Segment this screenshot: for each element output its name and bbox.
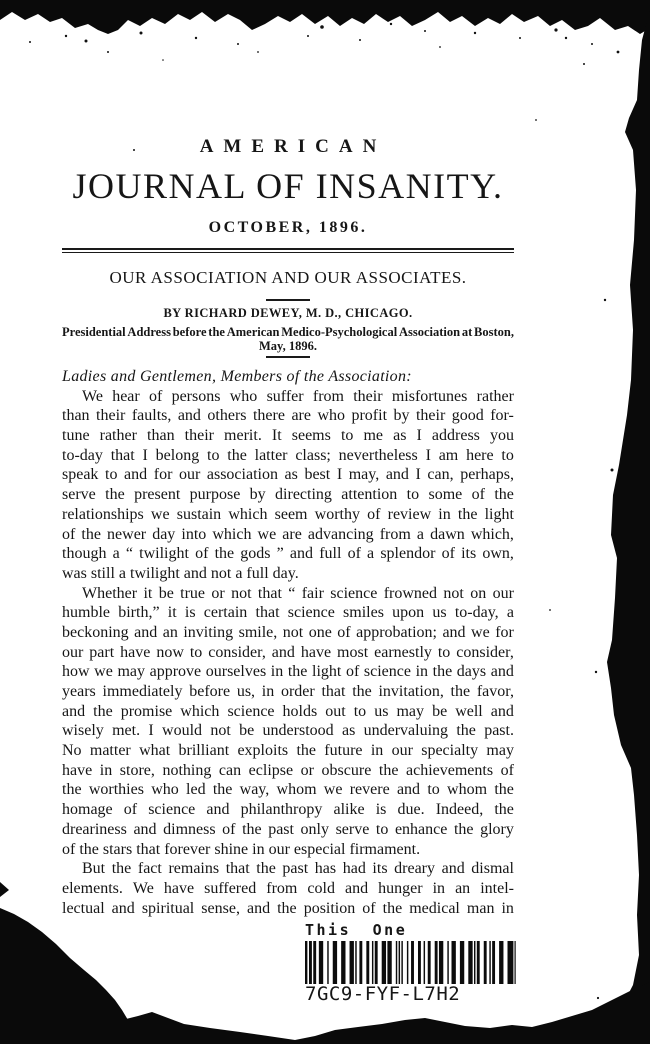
word: is <box>376 800 387 820</box>
word: seem <box>275 505 308 525</box>
word: best <box>304 465 330 485</box>
word: had <box>343 859 366 879</box>
word: future <box>324 741 362 761</box>
word: merit. <box>224 426 262 446</box>
word: consider, <box>456 643 514 663</box>
word: can, <box>427 465 453 485</box>
word: sustain <box>177 505 221 525</box>
body-line: humblebirth,”itiscertainthatsciencesmile… <box>62 603 514 623</box>
word: lectual <box>62 899 105 919</box>
word: and <box>133 820 156 840</box>
word: we <box>471 623 490 643</box>
word: nevertheless <box>339 446 418 466</box>
word: of <box>337 623 350 643</box>
word: may <box>396 702 424 722</box>
word: of <box>442 544 455 564</box>
word: rather <box>477 387 514 407</box>
word: in <box>271 662 283 682</box>
word: beckoning <box>62 623 129 643</box>
scan-tear-right <box>603 10 650 1040</box>
word: day <box>152 525 175 545</box>
word: eclipse <box>249 761 293 781</box>
word: that <box>258 584 282 604</box>
word: before <box>173 325 207 339</box>
word: the <box>256 859 276 879</box>
word: before <box>189 682 230 702</box>
word: to <box>501 446 513 466</box>
word: our <box>62 643 83 663</box>
word: understood <box>263 721 334 741</box>
word: attention <box>341 485 397 505</box>
word: own, <box>482 544 514 564</box>
word: the <box>62 780 82 800</box>
word: the <box>352 682 372 702</box>
word: the <box>379 761 399 781</box>
word: well <box>455 702 483 722</box>
word: one <box>309 623 332 643</box>
word: into <box>181 525 206 545</box>
word: misfortunes <box>392 387 468 407</box>
word: of <box>472 485 485 505</box>
word: I <box>148 721 153 741</box>
word: as <box>393 426 406 446</box>
body-line: servethepresentpurposebydirectingattenti… <box>62 485 514 505</box>
body-line: thantheirfaults,andotherstherearewhoprof… <box>62 406 514 426</box>
word: of <box>149 387 162 407</box>
word: to <box>105 465 117 485</box>
word: invitation, <box>378 682 443 702</box>
article-body: Wehearofpersonswhosufferfromtheirmisfort… <box>62 387 514 919</box>
word: philanthropy <box>241 800 323 820</box>
word: the <box>227 446 247 466</box>
word: worthy <box>315 505 360 525</box>
word: of <box>222 820 235 840</box>
word: in <box>416 662 428 682</box>
word: the <box>277 899 297 919</box>
word: and <box>491 662 514 682</box>
word: it <box>168 603 177 623</box>
word: wisely <box>62 721 104 741</box>
word: to <box>438 643 450 663</box>
word: certain <box>204 603 248 623</box>
word: relationships <box>62 505 144 525</box>
word: to <box>341 426 353 446</box>
word: of <box>124 800 137 820</box>
word: the <box>213 780 233 800</box>
word: and <box>112 899 135 919</box>
word: from <box>380 525 411 545</box>
barcode-block: This One 7GC9-FYF-L7H2 <box>305 921 517 1005</box>
word: some <box>428 485 462 505</box>
word: which <box>212 525 251 545</box>
word: most <box>337 643 368 663</box>
word: and <box>345 879 368 899</box>
word: years <box>62 682 96 702</box>
word: the <box>215 544 235 564</box>
word: frowned <box>384 584 437 604</box>
word: am <box>439 446 459 466</box>
word: have <box>62 761 92 781</box>
word: exploits <box>237 741 288 761</box>
word: out <box>325 702 345 722</box>
word: ” <box>277 544 284 564</box>
word: we <box>94 662 113 682</box>
word: what <box>139 741 170 761</box>
word: “ <box>126 544 133 564</box>
body-line: andthepromisewhichscienceholdsouttousmay… <box>62 702 514 722</box>
word: you <box>490 426 514 446</box>
word: worthies <box>89 780 144 800</box>
word: days <box>457 662 486 682</box>
word: directing <box>275 485 332 505</box>
word: spiritual <box>142 899 194 919</box>
word: that <box>111 446 135 466</box>
word: met. <box>112 721 140 741</box>
word: have <box>301 643 331 663</box>
word: gods <box>240 544 270 564</box>
word: our <box>392 741 413 761</box>
word: a <box>507 603 514 623</box>
word: humble <box>62 603 110 623</box>
word: to <box>207 446 219 466</box>
word: inviting <box>183 623 233 643</box>
word: than <box>62 406 90 426</box>
word: for <box>154 465 173 485</box>
body-line: to-daythatIbelongtothelatterclass;nevert… <box>62 446 514 466</box>
word: splendor <box>380 544 435 564</box>
word: who <box>317 406 345 426</box>
word: way, <box>240 780 270 800</box>
body-line: howwemayapproveourselvesinthelightofscie… <box>62 662 514 682</box>
word: we <box>258 525 277 545</box>
word: may <box>486 741 514 761</box>
word: me <box>363 426 383 446</box>
word: be <box>239 721 254 741</box>
word: who <box>230 387 258 407</box>
body-line: thougha“twilightofthegods”andfullofasple… <box>62 544 514 564</box>
word: in <box>433 879 445 899</box>
word: who <box>151 780 179 800</box>
word: promise <box>121 702 173 722</box>
word: we <box>324 780 343 800</box>
word: association <box>207 465 278 485</box>
word: how <box>62 662 90 682</box>
word: by <box>393 406 409 426</box>
word: serve <box>62 485 96 505</box>
body-line: Whetheritbetrueornotthat“fairsciencefrow… <box>62 584 514 604</box>
word: Address <box>127 325 171 339</box>
word: suffered <box>204 879 256 899</box>
word: ourselves <box>206 662 266 682</box>
word: glory <box>480 820 514 840</box>
word: of <box>346 662 359 682</box>
journal-title: JOURNAL OF INSANITY. <box>62 166 514 206</box>
body-line: elements.Wehavesufferedfromcoldandhunger… <box>62 879 514 899</box>
word: and <box>386 465 409 485</box>
word: not <box>210 721 230 741</box>
word: Indeed, <box>436 800 484 820</box>
word: that <box>321 682 345 702</box>
word: for- <box>490 406 514 426</box>
word: persons <box>172 387 221 407</box>
word: sense, <box>201 899 240 919</box>
word: the <box>112 859 132 879</box>
word: the <box>494 485 514 505</box>
barcode-label: This One <box>305 921 517 939</box>
word: smiles <box>343 603 384 623</box>
word: led <box>186 780 206 800</box>
word: and <box>442 623 465 643</box>
word: latter <box>255 446 288 466</box>
article-title: OUR ASSOCIATION AND OUR ASSOCIATES. <box>62 268 514 288</box>
body-line: speaktoandforourassociationasbestImay,an… <box>62 465 514 485</box>
word: nothing <box>162 761 211 781</box>
word: part <box>89 643 114 663</box>
word: or <box>211 584 224 604</box>
word: Boston, <box>474 325 514 339</box>
word: dreariness <box>62 820 127 840</box>
word: enhance <box>395 820 447 840</box>
word: be <box>432 702 447 722</box>
word: us <box>432 603 446 623</box>
body-line: of the stars that forever shine in our e… <box>62 840 514 860</box>
word: to <box>190 643 202 663</box>
word: we <box>151 505 170 525</box>
word: the <box>208 325 225 339</box>
word: intel- <box>480 879 514 899</box>
word: address <box>432 426 480 446</box>
word: the <box>288 662 308 682</box>
word: fair <box>302 584 324 604</box>
word: and <box>290 544 313 564</box>
article-subtitle: PresidentialAddressbeforetheAmericanMedi… <box>62 325 514 353</box>
body-line: beckoningandaninvitingsmile,notoneofappr… <box>62 623 514 643</box>
barcode <box>305 941 517 984</box>
word: to-day, <box>455 603 499 623</box>
word: dismal <box>471 859 514 879</box>
word: hunger <box>378 879 422 899</box>
word: matter <box>90 741 131 761</box>
word: to <box>354 702 366 722</box>
word: of <box>348 544 361 564</box>
word: specialty <box>421 741 478 761</box>
word: and <box>397 780 420 800</box>
word: It <box>272 426 282 446</box>
word: and <box>247 899 270 919</box>
word: in <box>100 761 112 781</box>
word: on <box>470 584 486 604</box>
barcode-code: 7GC9-FYF-L7H2 <box>305 984 517 1005</box>
word: now <box>156 643 184 663</box>
word: and <box>272 643 295 663</box>
word: its <box>461 544 476 564</box>
word: smile, <box>239 623 278 643</box>
article-subtitle-line1: PresidentialAddressbeforetheAmericanMedi… <box>62 325 514 339</box>
word: us <box>374 702 388 722</box>
word: as <box>342 721 355 741</box>
word: Whether <box>82 584 137 604</box>
word: seems <box>292 426 331 446</box>
body-line: Nomatterwhatbrilliantexploitsthefuturein… <box>62 741 514 761</box>
word: and <box>134 623 157 643</box>
word: and <box>124 465 147 485</box>
word: though <box>62 544 106 564</box>
word: of <box>362 899 375 919</box>
word: revere <box>350 780 390 800</box>
word: and <box>206 800 229 820</box>
word: achievements <box>406 761 493 781</box>
word: which <box>180 702 219 722</box>
word: in <box>262 682 274 702</box>
word: position <box>304 899 356 919</box>
series-title: AMERICAN <box>62 137 514 157</box>
word: profit <box>351 406 387 426</box>
article-subtitle-line2: May, 1896. <box>62 339 514 353</box>
word: cold <box>307 879 335 899</box>
word: rather <box>100 426 137 446</box>
word: store, <box>120 761 155 781</box>
body-line: Butthefactremainsthatthepasthashaditsdre… <box>62 859 514 879</box>
word: to-day <box>62 446 103 466</box>
word: past. <box>484 721 514 741</box>
word: science <box>148 800 195 820</box>
word: in <box>438 505 450 525</box>
word: immediately <box>103 682 183 702</box>
word: review <box>388 505 432 525</box>
word: Medico-Psychological <box>281 325 397 339</box>
word: from <box>266 879 297 899</box>
word: the <box>458 505 478 525</box>
word: not <box>231 584 251 604</box>
word: its <box>372 859 387 879</box>
word: at <box>462 325 472 339</box>
word: their <box>96 406 125 426</box>
word: has <box>315 859 336 879</box>
word: our <box>493 584 514 604</box>
word: I <box>417 426 422 446</box>
word: and <box>62 702 85 722</box>
word: not <box>283 623 303 643</box>
scan-tear-left-notch <box>0 882 9 897</box>
body-line: haveinstore,nothingcaneclipseorobscureth… <box>62 761 514 781</box>
word: the <box>93 702 113 722</box>
salutation: Ladies and Gentlemen, Members of the Ass… <box>62 367 514 387</box>
word: true <box>180 584 205 604</box>
word: dimness <box>163 820 215 840</box>
word: suffer <box>267 387 304 407</box>
word: or <box>301 761 314 781</box>
word: science <box>330 584 377 604</box>
word: speak <box>62 465 98 485</box>
body-line: homageofscienceandphilanthropyalikeisdue… <box>62 800 514 820</box>
word: fact <box>138 859 162 879</box>
word: only <box>301 820 329 840</box>
word: upon <box>392 603 424 623</box>
word: faults, <box>132 406 172 426</box>
word: remains <box>168 859 219 879</box>
word: light <box>485 505 514 525</box>
word: Presidential <box>62 325 126 339</box>
word: are <box>291 406 311 426</box>
word: good <box>452 406 484 426</box>
word: a <box>113 544 120 564</box>
word: to <box>427 780 439 800</box>
body-line: lectualandspiritualsense,andthepositiono… <box>62 899 514 919</box>
word: an <box>455 879 470 899</box>
body-line: wiselymet.Iwouldnotbeunderstoodasunderva… <box>62 721 514 741</box>
word: But <box>82 859 105 879</box>
body-line: ourparthavenowtoconsider,andhavemostearn… <box>62 643 514 663</box>
word: by <box>250 485 266 505</box>
word: science <box>288 603 335 623</box>
word: of <box>501 761 514 781</box>
word: present <box>134 485 180 505</box>
divider-rule-bottom <box>266 356 310 358</box>
word: newer <box>107 525 146 545</box>
word: the <box>383 899 403 919</box>
word: which, <box>471 525 514 545</box>
body-line: drearinessanddimnessofthepastonlyserveto… <box>62 820 514 840</box>
word: may, <box>349 465 380 485</box>
word: to <box>407 485 419 505</box>
word: can <box>219 761 241 781</box>
word: dreary <box>394 859 435 879</box>
word: science <box>364 662 411 682</box>
word: homage <box>62 800 113 820</box>
word: the <box>494 800 514 820</box>
word: full <box>319 544 341 564</box>
word: past <box>282 859 308 879</box>
word: others <box>207 406 246 426</box>
word: elements. <box>62 879 123 899</box>
word: of <box>195 544 208 564</box>
word: approbation; <box>356 623 437 643</box>
word: than <box>147 426 175 446</box>
word: the <box>451 682 471 702</box>
word: not <box>443 584 463 604</box>
word: in <box>501 899 513 919</box>
word: the <box>296 741 316 761</box>
word: the <box>81 525 101 545</box>
word: that <box>226 859 250 879</box>
word: us, <box>237 682 255 702</box>
scanned-journal-page: { "masthead": { "series_title": "AMERICA… <box>0 0 650 1044</box>
word: I <box>416 465 421 485</box>
word: there <box>253 406 285 426</box>
word: the <box>494 780 514 800</box>
word: purpose <box>190 485 241 505</box>
word: are <box>282 525 302 545</box>
article-column: AMERICAN JOURNAL OF INSANITY. OCTOBER, 1… <box>62 0 514 918</box>
word: light <box>312 662 341 682</box>
word: their <box>353 387 382 407</box>
word: birth,” <box>118 603 159 623</box>
word: hear <box>112 387 140 407</box>
word: have <box>120 643 150 663</box>
word: consider, <box>208 643 266 663</box>
word: the <box>454 820 474 840</box>
word: to <box>376 820 388 840</box>
word: earnestly <box>374 643 432 663</box>
word: whom <box>277 780 317 800</box>
article-byline: BY RICHARD DEWEY, M. D., CHICAGO. <box>62 306 514 321</box>
word: here <box>466 446 494 466</box>
word: the <box>456 721 476 741</box>
word: “ <box>288 584 295 604</box>
word: which <box>228 505 267 525</box>
scan-tear-corner <box>0 908 132 1044</box>
word: We <box>82 387 103 407</box>
